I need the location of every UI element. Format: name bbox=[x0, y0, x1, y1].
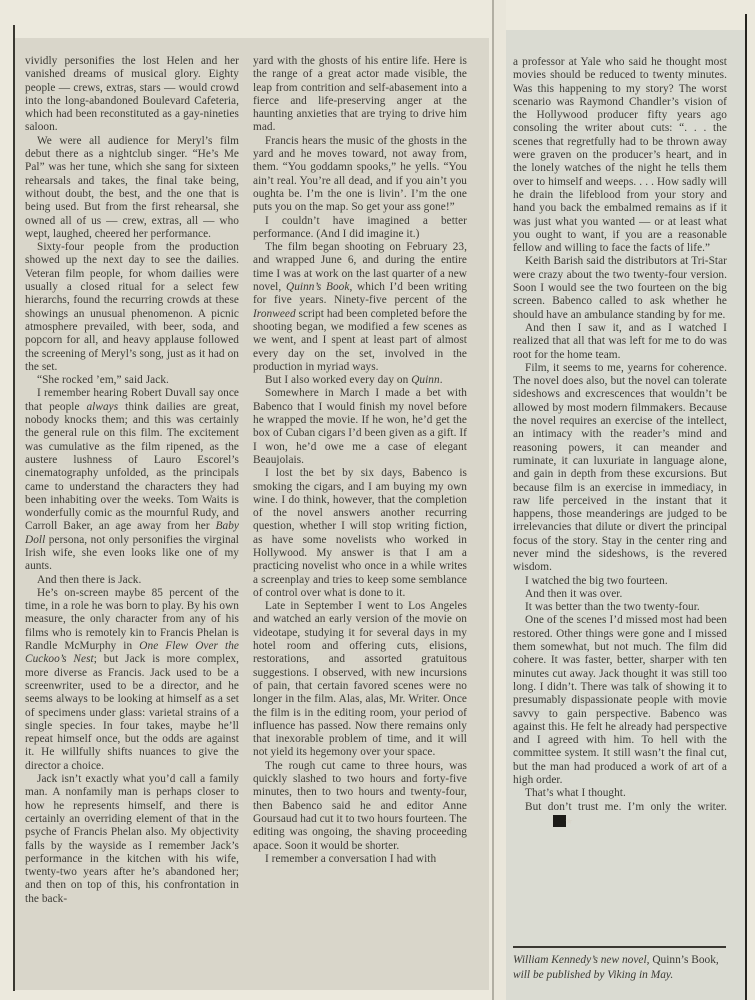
text-run: Somewhere in March I made a bet with Bab… bbox=[253, 387, 467, 465]
paragraph: We were all audience for Meryl’s film de… bbox=[25, 135, 239, 241]
text-run: We were all audience for Meryl’s film de… bbox=[25, 135, 239, 240]
italic-text-run: Quinn bbox=[411, 374, 440, 386]
text-run: I watched the big two fourteen. bbox=[525, 575, 668, 587]
text-run: “She rocked ’em,” said Jack. bbox=[37, 374, 169, 386]
text-run: And then I saw it, and as I watched I re… bbox=[513, 322, 727, 361]
text-run: That’s what I thought. bbox=[525, 787, 626, 799]
paragraph: He’s on-screen maybe 85 percent of the t… bbox=[25, 587, 239, 773]
text-run: And then there is Jack. bbox=[37, 574, 141, 586]
contributor-note-text: William Kennedy’s new novel, Quinn’s Boo… bbox=[513, 953, 726, 982]
italic-text-run: Ironweed bbox=[253, 308, 296, 320]
text-column-1: vividly personifies the lost Helen and h… bbox=[25, 55, 239, 906]
end-of-article-star-icon: ★ bbox=[553, 815, 566, 827]
text-run: But I also worked every day on bbox=[265, 374, 411, 386]
paragraph: a professor at Yale who said he thought … bbox=[513, 56, 727, 255]
right-page-edge-rule bbox=[745, 14, 747, 1000]
paragraph: Jack isn’t exactly what you’d call a fam… bbox=[25, 773, 239, 906]
text-column-2: yard with the ghosts of his entire life.… bbox=[253, 55, 467, 866]
text-run: Keith Barish said the distributors at Tr… bbox=[513, 255, 727, 320]
page-gutter-band bbox=[494, 0, 506, 1000]
paragraph: But don’t trust me. I’m only the writer.… bbox=[513, 801, 727, 828]
text-run: Francis hears the music of the ghosts in… bbox=[253, 135, 467, 213]
text-run: But don’t trust me. I’m only the writer. bbox=[525, 801, 727, 813]
paragraph: Francis hears the music of the ghosts in… bbox=[253, 135, 467, 215]
paragraph: Sixty-four people from the production sh… bbox=[25, 241, 239, 374]
text-run: vividly personifies the lost Helen and h… bbox=[25, 55, 239, 133]
italic-text-run: Quinn’s Book bbox=[286, 281, 349, 293]
paragraph: That’s what I thought. bbox=[513, 787, 727, 800]
paragraph: I watched the big two fourteen. bbox=[513, 575, 727, 588]
paragraph: I remember hearing Robert Duvall say onc… bbox=[25, 387, 239, 573]
text-run: I remember a conversation I had with bbox=[265, 853, 436, 865]
text-run: Late in September I went to Los Angeles … bbox=[253, 600, 467, 758]
paragraph: The film began shooting on February 23, … bbox=[253, 241, 467, 374]
paragraph: It was better than the two twenty-four. bbox=[513, 601, 727, 614]
paragraph: But I also worked every day on Quinn. bbox=[253, 374, 467, 387]
text-run: yard with the ghosts of his entire life.… bbox=[253, 55, 467, 133]
text-run: . bbox=[440, 374, 443, 386]
paragraph: vividly personifies the lost Helen and h… bbox=[25, 55, 239, 135]
paragraph: Somewhere in March I made a bet with Bab… bbox=[253, 387, 467, 467]
paragraph: One of the scenes I’d missed most had be… bbox=[513, 614, 727, 787]
paragraph: yard with the ghosts of his entire life.… bbox=[253, 55, 467, 135]
italic-text-run: William Kennedy’s new novel, bbox=[513, 954, 652, 966]
text-run: Quinn’s Book bbox=[652, 954, 716, 966]
text-run: I lost the bet by six days, Babenco is s… bbox=[253, 467, 467, 599]
paragraph: And then I saw it, and as I watched I re… bbox=[513, 322, 727, 362]
left-page-edge-rule bbox=[13, 25, 15, 991]
text-run: think dailies are great, nobody knocks t… bbox=[25, 401, 239, 533]
text-column-3: a professor at Yale who said he thought … bbox=[513, 56, 727, 827]
scanned-magazine-page: vividly personifies the lost Helen and h… bbox=[0, 0, 755, 1000]
paragraph: Keith Barish said the distributors at Tr… bbox=[513, 255, 727, 321]
paragraph: “She rocked ’em,” said Jack. bbox=[25, 374, 239, 387]
text-run: Film, it seems to me, yearns for coheren… bbox=[513, 362, 727, 573]
paragraph: I remember a conversation I had with bbox=[253, 853, 467, 866]
italic-text-run: always bbox=[86, 401, 118, 413]
text-run: And then it was over. bbox=[525, 588, 622, 600]
contributor-note: William Kennedy’s new novel, Quinn’s Boo… bbox=[513, 946, 726, 982]
paragraph: Late in September I went to Los Angeles … bbox=[253, 600, 467, 760]
paragraph: And then there is Jack. bbox=[25, 574, 239, 587]
paragraph: Film, it seems to me, yearns for coheren… bbox=[513, 362, 727, 575]
paragraph: And then it was over. bbox=[513, 588, 727, 601]
paragraph: I couldn’t have imagined a better perfor… bbox=[253, 215, 467, 242]
text-run: Jack isn’t exactly what you’d call a fam… bbox=[25, 773, 239, 905]
text-run: The rough cut came to three hours, was q… bbox=[253, 760, 467, 852]
paragraph: The rough cut came to three hours, was q… bbox=[253, 760, 467, 853]
text-run: It was better than the two twenty-four. bbox=[525, 601, 700, 613]
text-run: One of the scenes I’d missed most had be… bbox=[513, 614, 727, 786]
text-run: a professor at Yale who said he thought … bbox=[513, 56, 727, 254]
text-run: ; but Jack is more complex, more diverse… bbox=[25, 653, 239, 771]
paragraph: I lost the bet by six days, Babenco is s… bbox=[253, 467, 467, 600]
text-run: I couldn’t have imagined a better perfor… bbox=[253, 215, 467, 240]
text-run: persona, not only personifies the virgin… bbox=[25, 534, 239, 573]
text-run: Sixty-four people from the production sh… bbox=[25, 241, 239, 373]
